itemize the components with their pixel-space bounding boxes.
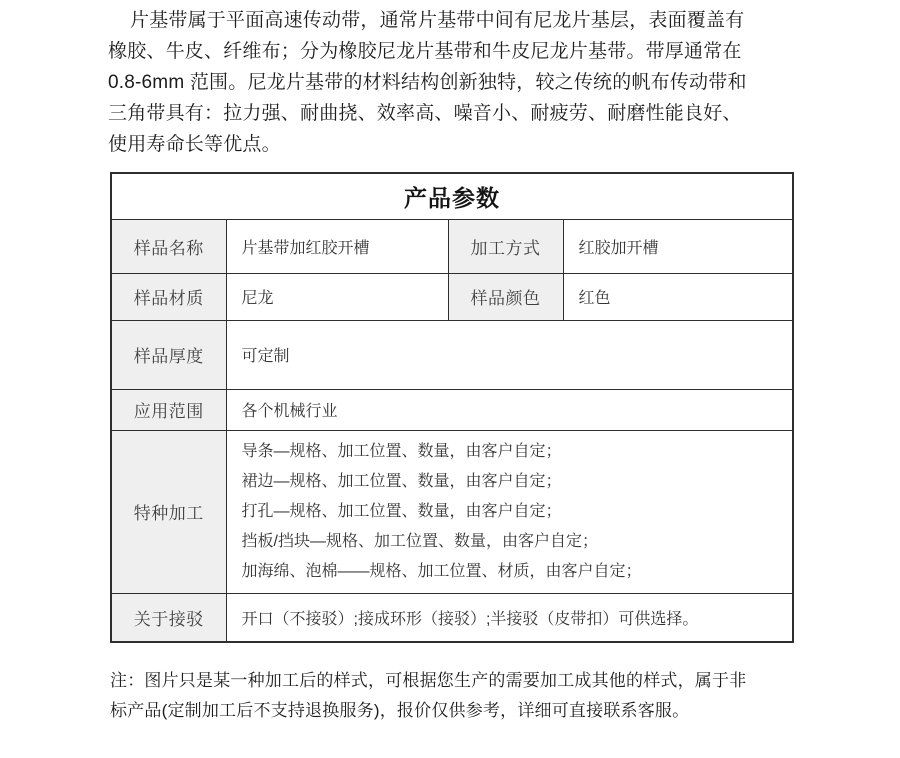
special-processing-line: 导条—规格、加工位置、数量，由客户自定； [242,437,785,467]
param-label-cell: 加工方式 [448,219,563,273]
table-row: 应用范围各个机械行业 [111,389,793,430]
special-processing-line: 打孔—规格、加工位置、数量，由客户自定； [242,497,785,527]
table-row: 关于接驳开口（不接驳）;接成环形（接驳）;半接驳（皮带扣）可供选择。 [111,593,793,642]
param-value-cell: 各个机械行业 [226,389,793,430]
param-label-cell: 样品颜色 [448,273,563,320]
intro-line: 橡胶、牛皮、纤维布；分为橡胶尼龙片基带和牛皮尼龙片基带。带厚通常在 [108,36,794,67]
special-processing-line: 裙边—规格、加工位置、数量，由客户自定； [242,467,785,497]
intro-line: 片基带属于平面高速传动带，通常片基带中间有尼龙片基层，表面覆盖有 [108,5,794,36]
intro-line: 三角带具有：拉力强、耐曲挠、效率高、噪音小、耐疲劳、耐磨性能良好、 [108,98,794,129]
param-value-cell: 红色 [563,273,793,320]
intro-line: 使用寿命长等优点。 [108,129,794,160]
product-detail-page: 片基带属于平面高速传动带，通常片基带中间有尼龙片基层，表面覆盖有橡胶、牛皮、纤维… [0,0,900,758]
special-processing-line: 挡板/挡块—规格、加工位置、数量，由客户自定； [242,527,785,557]
intro-paragraph: 片基带属于平面高速传动带，通常片基带中间有尼龙片基层，表面覆盖有橡胶、牛皮、纤维… [108,5,794,160]
table-title: 产品参数 [111,173,793,219]
table-row: 样品厚度可定制 [111,320,793,389]
param-value-cell: 片基带加红胶开槽 [226,219,448,273]
param-value-cell: 可定制 [226,320,793,389]
param-label-cell: 样品厚度 [111,320,226,389]
note-line: 标产品(定制加工后不支持退换服务)，报价仅供参考，详细可直接联系客服。 [110,696,810,726]
param-value-cell: 导条—规格、加工位置、数量，由客户自定；裙边—规格、加工位置、数量，由客户自定；… [226,430,793,593]
param-label-cell: 应用范围 [111,389,226,430]
param-value-cell: 开口（不接驳）;接成环形（接驳）;半接驳（皮带扣）可供选择。 [226,593,793,642]
param-label-cell: 关于接驳 [111,593,226,642]
table-title-row: 产品参数 [111,173,793,219]
special-processing-line: 加海绵、泡棉——规格、加工位置、材质，由客户自定； [242,557,785,587]
table-row: 特种加工导条—规格、加工位置、数量，由客户自定；裙边—规格、加工位置、数量，由客… [111,430,793,593]
params-table-body: 产品参数 样品名称片基带加红胶开槽加工方式红胶加开槽样品材质尼龙样品颜色红色样品… [111,173,793,642]
param-label-cell: 特种加工 [111,430,226,593]
param-label-cell: 样品材质 [111,273,226,320]
table-row: 样品材质尼龙样品颜色红色 [111,273,793,320]
note-text: 注：图片只是某一种加工后的样式，可根据您生产的需要加工成其他的样式，属于非标产品… [110,666,810,726]
intro-line: 0.8-6mm 范围。尼龙片基带的材料结构创新独特，较之传统的帆布传动带和 [108,67,794,98]
note-line: 注：图片只是某一种加工后的样式，可根据您生产的需要加工成其他的样式，属于非 [110,666,810,696]
param-value-cell: 红胶加开槽 [563,219,793,273]
table-row: 样品名称片基带加红胶开槽加工方式红胶加开槽 [111,219,793,273]
product-params-table: 产品参数 样品名称片基带加红胶开槽加工方式红胶加开槽样品材质尼龙样品颜色红色样品… [110,172,794,643]
param-label-cell: 样品名称 [111,219,226,273]
param-value-cell: 尼龙 [226,273,448,320]
